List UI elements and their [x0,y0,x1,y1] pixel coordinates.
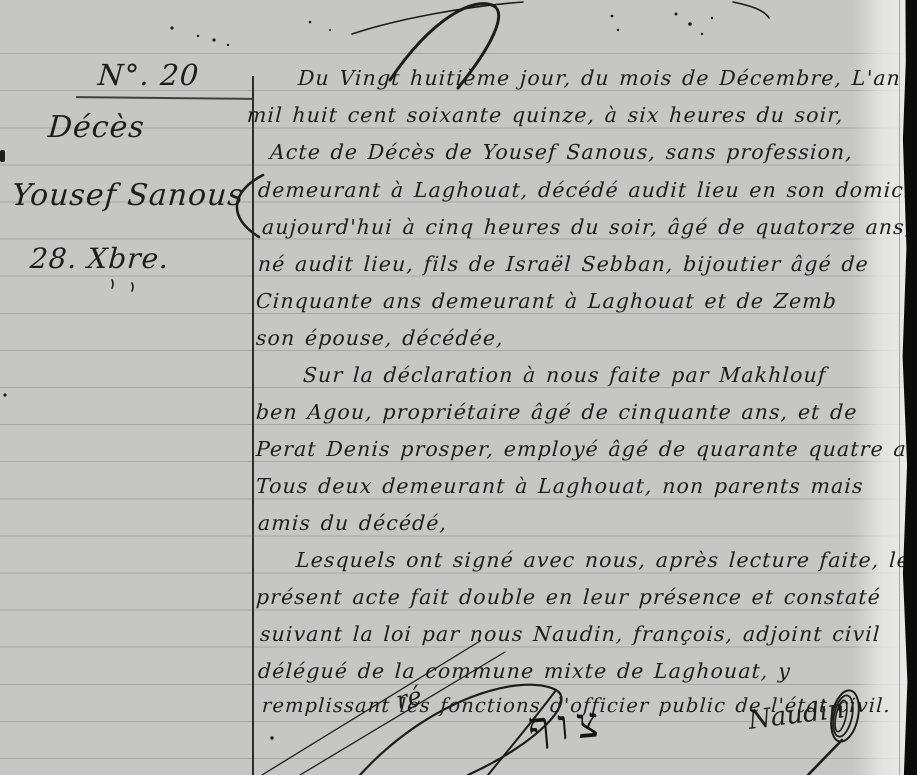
body-line: Tous deux demeurant à Laghouat, non pare… [255,474,864,498]
body-line: Cinquante ans demeurant à Laghouat et de… [255,289,837,313]
record-number: N°. 20 [97,58,201,92]
record-number-underline [76,96,252,100]
deceased-name-label: Yousef Sanous [11,178,245,213]
body-line: Sur la déclaration à nous faite par Makh… [302,363,827,387]
margin-column-rule [252,76,254,775]
body-line: aujourd'hui à cinq heures du soir, âgé d… [261,215,913,239]
body-line: suivant la loi par nous Naudin, françois… [259,622,881,646]
ink-speck [112,280,113,288]
body-line: ben Agou, propriétaire âgé de cinquante … [255,400,858,424]
body-line: présent acte fait double en leur présenc… [255,585,881,609]
body-line: son épouse, décédée, [255,326,504,350]
body-line: mil huit cent soixante quinze, à six heu… [246,103,844,127]
body-line: Acte de Décès de Yousef Sanous, sans pro… [269,140,853,164]
scanned-death-record-page: N°. 20 Décès Yousef Sanous 28. Xbre. Du … [0,0,917,775]
record-type-label: Décès [47,110,146,145]
body-line: demeurant à Laghouat, décédé audit lieu … [257,178,917,202]
top-flourish-diagonal [352,2,523,34]
page-fold-line [899,0,900,775]
ink-speck [132,283,133,291]
body-line: Lesquels ont signé avec nous, après lect… [295,548,910,572]
body-line: délégué de la commune mixte de Laghouat,… [257,659,791,683]
signature-hebrew: צוף [526,697,609,754]
top-right-curl [733,2,769,18]
body-line: amis du décédé, [257,511,448,535]
body-line: Du Vingt huitième jour, du mois de Décem… [297,66,901,90]
record-date-label: 28. Xbre. [29,242,170,275]
body-line: né audit lieu, fils de Israël Sebban, bi… [257,252,869,276]
body-line: Perat Denis prosper, employé âgé de quar… [255,437,917,461]
